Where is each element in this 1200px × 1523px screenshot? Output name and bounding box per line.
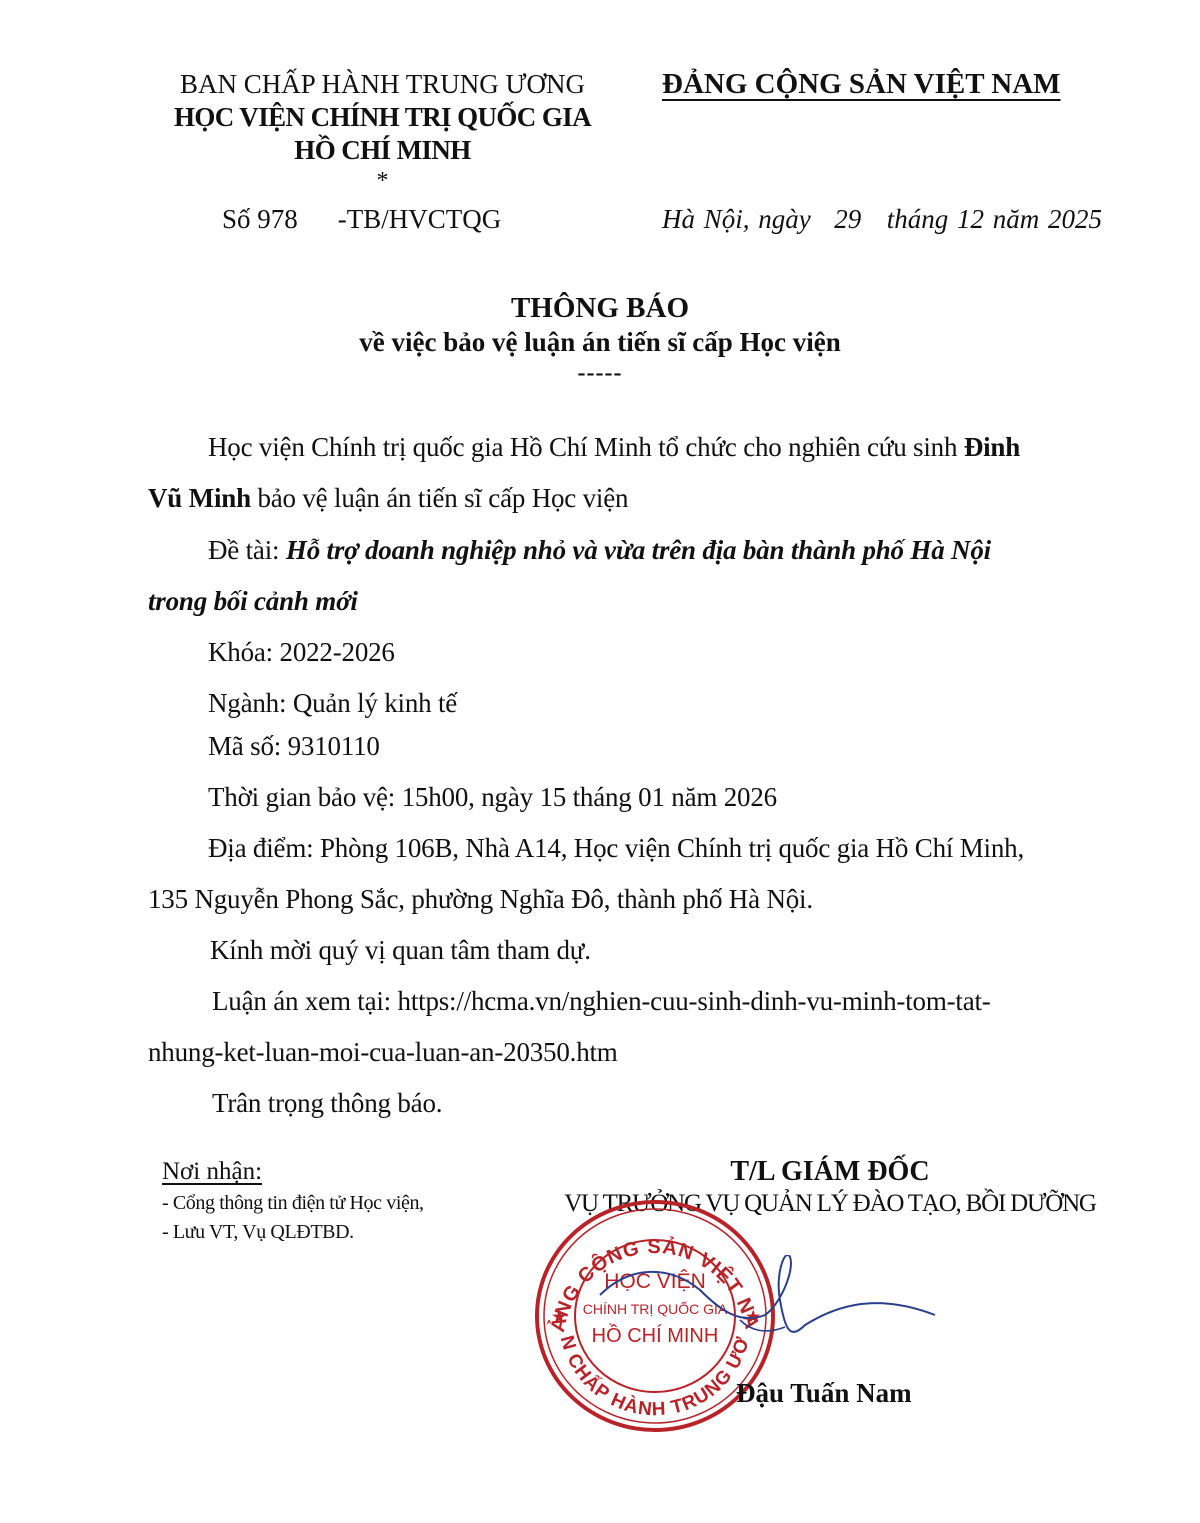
document-title: THÔNG BÁO [0,292,1200,325]
course: Khóa: 2022-2026 [208,637,395,668]
invitation: Kính mời quý vị quan tâm tham dự. [210,935,591,966]
thesis-link-url-part1[interactable]: https://hcma.vn/nghien-cuu-sinh-dinh-vu-… [398,986,991,1016]
issuer-parent: BAN CHẤP HÀNH TRUNG ƯƠNG [140,68,625,101]
topic-title: Hỗ trợ doanh nghiệp nhỏ và vừa trên địa … [286,535,991,565]
location-line2: 135 Nguyễn Phong Sắc, phường Nghĩa Đô, t… [148,884,813,915]
document-number: Số 978-TB/HVCTQG [222,204,501,235]
signature-scribble-icon [590,1255,940,1365]
issuer-name-line1: HỌC VIỆN CHÍNH TRỊ QUỐC GIA [140,101,625,134]
topic-line2: trong bối cảnh mới [148,586,358,617]
topic-label: Đề tài: [208,535,279,565]
star-separator: * [140,171,625,191]
date-rest: tháng 12 năm 2025 [887,204,1102,234]
recipient-item: - Cổng thông tin điện tử Học viện, [162,1192,424,1215]
signer-on-behalf: T/L GIÁM ĐỐC [520,1156,1140,1188]
thesis-link-label: Luận án xem tại: [212,986,391,1016]
svg-text:★: ★ [552,1309,567,1326]
candidate-name-part2: Vũ Minh [148,483,251,513]
recipient-item: - Lưu VT, Vụ QLĐTBD. [162,1221,354,1244]
signer-name: Đậu Tuấn Nam [736,1378,912,1409]
intro-text: Học viện Chính trị quốc gia Hồ Chí Minh … [208,432,957,462]
major-code: Mã số: 9310110 [208,731,380,762]
thesis-link-line1: Luận án xem tại: https://hcma.vn/nghien-… [212,986,991,1017]
party-heading: ĐẢNG CỘNG SẢN VIỆT NAM [662,68,1061,101]
candidate-name-part1: Đinh [964,432,1020,462]
intro-line1: Học viện Chính trị quốc gia Hồ Chí Minh … [208,432,1020,463]
doc-number-prefix: Số 978 [222,204,298,234]
intro-line2: Vũ Minh bảo vệ luận án tiến sĩ cấp Học v… [148,483,628,514]
date-day: 29 [834,204,861,234]
intro-suffix: bảo vệ luận án tiến sĩ cấp Học viện [257,483,628,513]
title-separator: ----- [0,360,1200,387]
doc-number-suffix: -TB/HVCTQG [338,204,502,234]
topic-line1: Đề tài: Hỗ trợ doanh nghiệp nhỏ và vừa t… [208,535,991,566]
thesis-link-url-part2[interactable]: nhung-ket-luan-moi-cua-luan-an-20350.htm [148,1037,618,1068]
date-place-label: Hà Nội, ngày [662,204,811,234]
major: Ngành: Quản lý kinh tế [208,688,457,719]
issuer-block: BAN CHẤP HÀNH TRUNG ƯƠNG HỌC VIỆN CHÍNH … [140,68,625,191]
defense-time: Thời gian bảo vệ: 15h00, ngày 15 tháng 0… [208,782,777,813]
closing: Trân trọng thông báo. [212,1088,442,1119]
date-place: Hà Nội, ngày 29 tháng 12 năm 2025 [662,204,1102,235]
recipients-title: Nơi nhận: [162,1158,262,1186]
location-line1: Địa điểm: Phòng 106B, Nhà A14, Học viện … [208,833,1024,864]
document-subtitle: về việc bảo vệ luận án tiến sĩ cấp Học v… [0,327,1200,358]
issuer-name-line2: HỒ CHÍ MINH [140,134,625,167]
